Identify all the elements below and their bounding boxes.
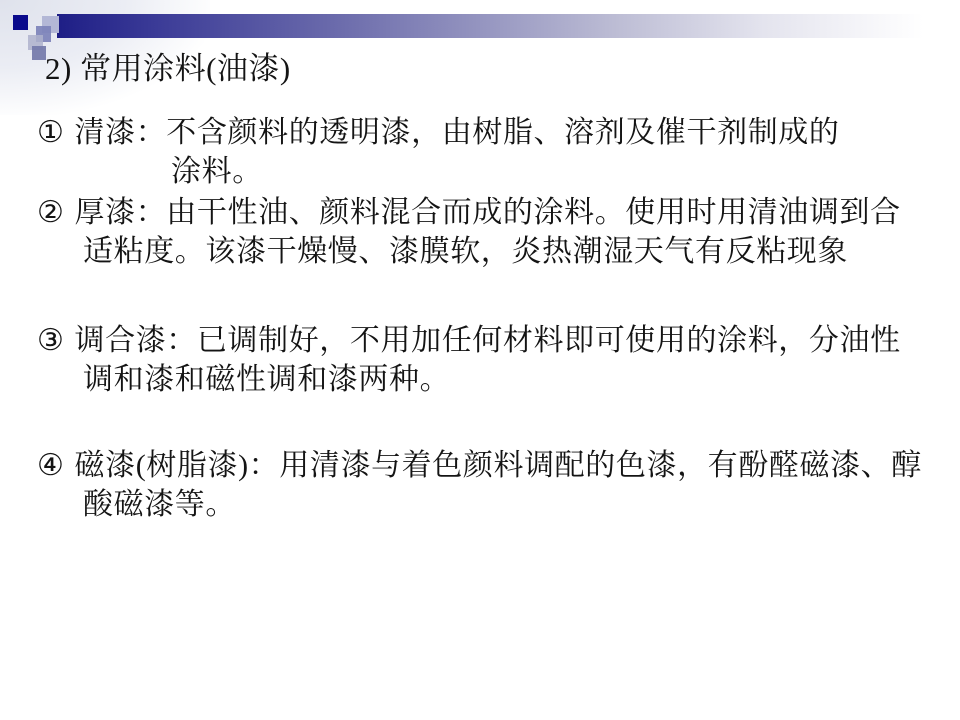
- item-3-circled-number: ③: [37, 321, 65, 360]
- item-4-circled-number: ④: [37, 446, 65, 485]
- item-1-text-1: 清漆：不含颜料的透明漆，由树脂、溶剂及催干剂制成的: [75, 116, 840, 149]
- header-gradient-bar: [57, 14, 941, 38]
- item-3-line-2: 调和漆和磁性调和漆两种。: [83, 360, 901, 399]
- item-4-line-1: ④磁漆(树脂漆)：用清漆与着色颜料调配的色漆，有酚醛磁漆、醇: [37, 446, 922, 485]
- decor-square-navy: [13, 15, 28, 30]
- item-3-line-1: ③调合漆：已调制好，不用加任何材料即可使用的涂料，分油性: [37, 321, 901, 360]
- item-3-text-1: 调合漆：已调制好，不用加任何材料即可使用的涂料，分油性: [75, 324, 901, 357]
- item-2-text-1: 厚漆：由干性油、颜料混合而成的涂料。使用时用清油调到合: [75, 196, 901, 229]
- item-2-line-2: 适粘度。该漆干燥慢、漆膜软，炎热潮湿天气有反粘现象: [83, 232, 901, 271]
- decor-square-slate: [32, 46, 46, 60]
- list-item-3: ③调合漆：已调制好，不用加任何材料即可使用的涂料，分油性 调和漆和磁性调和漆两种…: [37, 321, 901, 399]
- item-1-line-2: 涂料。: [171, 152, 840, 191]
- item-4-text-1: 磁漆(树脂漆)：用清漆与着色颜料调配的色漆，有酚醛磁漆、醇: [75, 449, 922, 482]
- item-1-line-1: ①清漆：不含颜料的透明漆，由树脂、溶剂及催干剂制成的: [37, 113, 840, 152]
- list-item-4: ④磁漆(树脂漆)：用清漆与着色颜料调配的色漆，有酚醛磁漆、醇 酸磁漆等。: [37, 446, 922, 524]
- slide-canvas: 2) 常用涂料(油漆) ①清漆：不含颜料的透明漆，由树脂、溶剂及催干剂制成的 涂…: [0, 0, 960, 720]
- item-4-line-2: 酸磁漆等。: [83, 485, 922, 524]
- slide-title: 2) 常用涂料(油漆): [45, 50, 291, 88]
- item-2-line-1: ②厚漆：由干性油、颜料混合而成的涂料。使用时用清油调到合: [37, 193, 901, 232]
- item-2-circled-number: ②: [37, 193, 65, 232]
- item-1-circled-number: ①: [37, 113, 65, 152]
- list-item-1: ①清漆：不含颜料的透明漆，由树脂、溶剂及催干剂制成的 涂料。: [37, 113, 840, 191]
- list-item-2: ②厚漆：由干性油、颜料混合而成的涂料。使用时用清油调到合 适粘度。该漆干燥慢、漆…: [37, 193, 901, 271]
